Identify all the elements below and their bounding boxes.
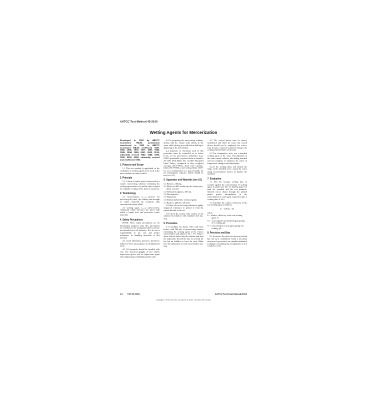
paragraph-3-1: 3.1 mercerization, n.—a process for incr… bbox=[120, 196, 160, 206]
document-page: AATCC Test Method 43-2010 Wetting Agents… bbox=[118, 119, 249, 303]
footer-manual-title: AATCC Technical Manual/2010 bbox=[215, 293, 247, 295]
paragraph-6-2: 6.2 The wetted skeins may be rinsed, neu… bbox=[207, 139, 247, 151]
section-heading-4: 4. Safety Precautions bbox=[120, 219, 160, 221]
doc-title: Wetting Agents for Mercerization bbox=[118, 130, 249, 135]
page-footer: 14 TM 43-2010 AATCC Technical Manual/201… bbox=[120, 293, 247, 295]
paragraph-4-1: 4.1 Good laboratory practices should be … bbox=[120, 240, 160, 247]
paragraph-5-8: 5.8 Store the mercerizing solution in ti… bbox=[164, 204, 204, 211]
paragraph-2-1: 2.1 A skein of cotton yarn is immersed i… bbox=[120, 180, 160, 190]
paragraph-4-4: 4.4 Exposure to chemicals used in this p… bbox=[164, 150, 204, 177]
paragraph-6-4: 6.4 If the wetting times fall outside th… bbox=[207, 166, 247, 176]
where-list-item: Cs = concentration of standard agent giv… bbox=[207, 220, 247, 225]
section-heading-7: 7. Evaluation bbox=[207, 178, 247, 180]
paragraph-5-9: 5.9 Check the caustic soda content of th… bbox=[164, 213, 204, 220]
paragraph-4-2: 4.2 All chemicals should be handled with… bbox=[120, 248, 160, 258]
section-heading-8: 8. Precision and Bias bbox=[207, 232, 247, 234]
paragraph-7-1: 7.1 Plot the average wetting time in sec… bbox=[207, 181, 247, 200]
column-middle: 4.3 In preparing the mercerizing solutio… bbox=[164, 139, 204, 259]
paragraph-7-2: 7.2 Calculate the relative efficiency of… bbox=[207, 202, 247, 207]
paragraph-4-3: 4.3 In preparing the mercerizing solutio… bbox=[164, 139, 204, 149]
page-content: AATCC Test Method 43-2010 Wetting Agents… bbox=[118, 119, 249, 303]
doc-header: AATCC Test Method 43-2010 bbox=[118, 119, 249, 123]
safety-note: NOTE: These safety precautions are for i… bbox=[120, 222, 160, 239]
where-list-item: Ct = concentration of test agent giving … bbox=[207, 225, 247, 230]
paragraph-6-1: 6.1 Condition the skeins. Fill a tall fo… bbox=[164, 226, 204, 248]
section-heading-5: 5. Apparatus and Materials (see 9.1) bbox=[164, 179, 204, 181]
column-left: Developed in 1952 by AATCC Committee RA2… bbox=[120, 139, 160, 259]
paragraph-8-1: 8.1 Precision. Precision for this test m… bbox=[207, 235, 247, 247]
where-list-item: E = relative efficiency of the test wett… bbox=[207, 214, 247, 219]
paragraph-6-3: 6.3 For comparative tests, run a standar… bbox=[207, 152, 247, 164]
section-heading-1: 1. Purpose and Scope bbox=[120, 164, 160, 166]
document-preview-canvas: AATCC Test Method 43-2010 Wetting Agents… bbox=[0, 0, 368, 420]
paragraph-3-2: 3.2 wetting agent, n.—a surface-active c… bbox=[120, 207, 160, 217]
section-heading-6: 6. Procedure bbox=[164, 222, 204, 224]
footer-left: 14 TM 43-2010 bbox=[120, 293, 140, 295]
copyright-line: Copyright © 2010 American Association of… bbox=[118, 299, 249, 301]
footer-doc-ref: TM 43-2010 bbox=[127, 293, 140, 295]
efficiency-equation: E = 100 Cs / Ct bbox=[207, 208, 247, 210]
footer-page-number: 14 bbox=[120, 293, 123, 295]
section-heading-2: 2. Principle bbox=[120, 177, 160, 179]
section-heading-3: 3. Terminology bbox=[120, 192, 160, 194]
history-paragraph: Developed in 1952 by AATCC Committee RA2… bbox=[120, 139, 160, 161]
column-right: 6.2 The wetted skeins may be rinsed, neu… bbox=[207, 139, 247, 259]
apparatus-list-item: 5.2 Skeins of 40/2 combed peeler cotton … bbox=[164, 185, 204, 190]
paragraph-1-1: 1.1 This test method is applicable to th… bbox=[120, 167, 160, 174]
text-columns: Developed in 1952 by AATCC Committee RA2… bbox=[118, 139, 249, 259]
